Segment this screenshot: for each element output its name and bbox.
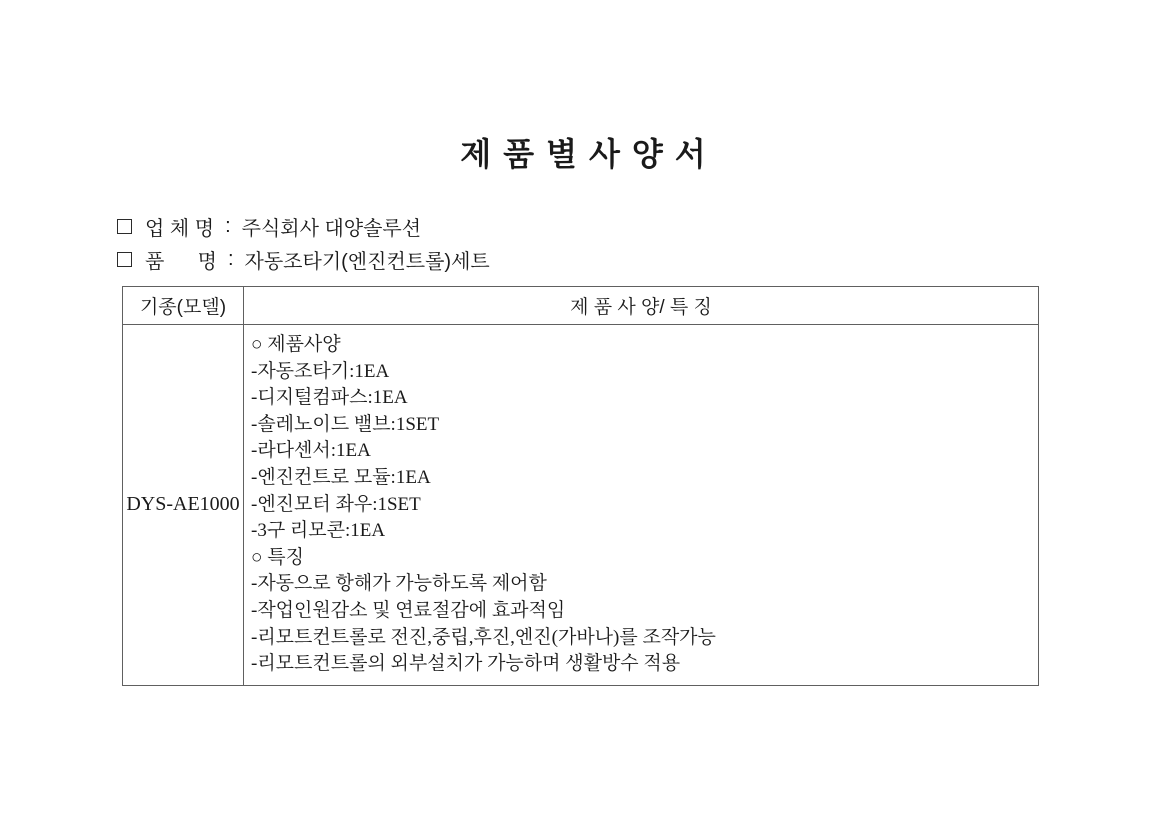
spec-line: -자동조타기:1EA [251, 359, 1028, 386]
field-value: 자동조타기(엔진컨트롤)세트 [245, 245, 490, 274]
checkbox-icon [117, 219, 132, 234]
checkbox-icon [117, 252, 132, 267]
spec-line: ○ 특징 [251, 545, 1028, 572]
field-separator: : [228, 248, 234, 271]
spec-table-header: 기종(모델) 제 품 사 양/ 특 징 [123, 287, 1039, 325]
spec-line: -엔진컨트로 모듈:1EA [251, 465, 1028, 492]
field-label: 업 체 명 [145, 212, 214, 241]
spec-line: -3구 리모콘:1EA [251, 518, 1028, 545]
spec-line: -솔레노이드 밸브:1SET [251, 412, 1028, 439]
col-header-model: 기종(모델) [123, 287, 244, 325]
document-title: 제 품 별 사 양 서 [0, 129, 1168, 175]
spec-cell: ○ 제품사양 -자동조타기:1EA -디지털컴파스:1EA -솔레노이드 밸브:… [244, 325, 1039, 686]
document-page: 제 품 별 사 양 서 업 체 명 : 주식회사 대양솔루션 품 명 : 자동조… [0, 0, 1168, 826]
spec-line: -라다센서:1EA [251, 438, 1028, 465]
product-name-field: 품 명 : 자동조타기(엔진컨트롤)세트 [117, 243, 490, 276]
spec-line: -엔진모터 좌우:1SET [251, 492, 1028, 519]
spec-line: ○ 제품사양 [251, 332, 1028, 359]
spec-table: 기종(모델) 제 품 사 양/ 특 징 DYS-AE1000 ○ 제품사양 -자… [122, 286, 1039, 686]
col-header-spec: 제 품 사 양/ 특 징 [244, 287, 1039, 325]
spec-line: -리모트컨트롤의 외부설치가 가능하며 생활방수 적용 [251, 651, 1028, 678]
field-value: 주식회사 대양솔루션 [242, 212, 421, 241]
field-list: 업 체 명 : 주식회사 대양솔루션 품 명 : 자동조타기(엔진컨트롤)세트 [117, 210, 490, 276]
spec-line: -자동으로 항해가 가능하도록 제어함 [251, 571, 1028, 598]
field-separator: : [225, 215, 231, 238]
spec-line: -작업인원감소 및 연료절감에 효과적임 [251, 598, 1028, 625]
spec-line: -리모트컨트롤로 전진,중립,후진,엔진(가바나)를 조작가능 [251, 625, 1028, 652]
field-label: 품 명 [145, 245, 217, 274]
company-name-field: 업 체 명 : 주식회사 대양솔루션 [117, 210, 490, 243]
model-cell: DYS-AE1000 [123, 325, 244, 686]
spec-line: -디지털컴파스:1EA [251, 385, 1028, 412]
table-row: DYS-AE1000 ○ 제품사양 -자동조타기:1EA -디지털컴파스:1EA… [123, 325, 1039, 686]
